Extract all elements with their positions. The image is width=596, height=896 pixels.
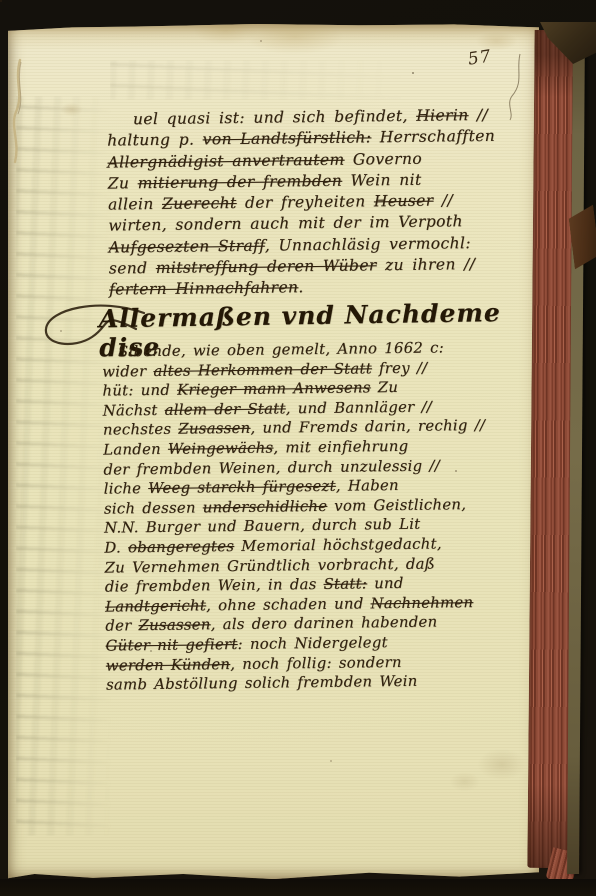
- manuscript-paragraph: uel quasi ist: und sich befindet, Hierin…: [107, 104, 529, 301]
- photo-background: 57 uel quasi ist: und sich befindet, Hie…: [0, 0, 596, 896]
- ink-specks: [0, 0, 2, 2]
- page-crease-mark: [6, 56, 32, 166]
- photo-background: [0, 879, 596, 896]
- page-number: 57: [467, 46, 493, 69]
- manuscript-paragraph: Sibende, wie oben gemelt, Anno 1662 c:wi…: [102, 337, 530, 695]
